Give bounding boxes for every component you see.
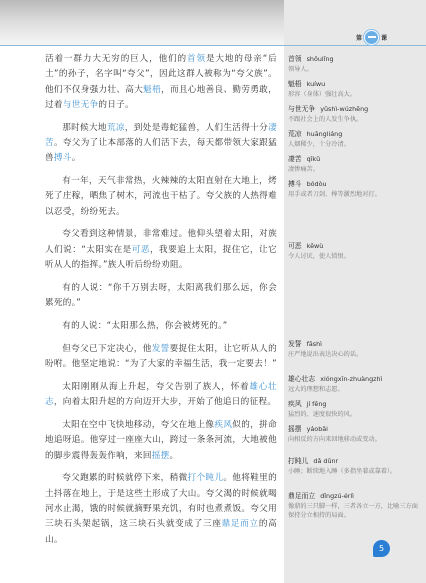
glossary-entry: 与世无争yǔshì-wúzhēng不跟社会上的人发生争执。 [288,105,418,124]
page-number: 5 [373,540,390,557]
glossary-term: 荒凉 [107,123,125,133]
glossary-word: 搏斗 [288,180,302,188]
glossary-word: 与世无争 [288,105,315,113]
header-divider [0,45,426,46]
glossary-definition: 像鼎的三只脚一样，三者各立一方，比喻三方面保持分立相持的局面。 [288,502,418,521]
paragraph-text: ，到处是毒蛇猛兽，人们生活得十分 [125,123,268,133]
glossary-word: 疾风 [288,400,302,408]
paragraph-text: 太阳刚刚从海上升起，夸父告别了族人，怀着 [62,382,249,392]
paragraph-text: 有的人说：“太阳那么热，你会被烤死的。” [62,321,227,331]
glossary-word: 魁梧 [288,80,302,88]
glossary-definition: 猛烈的、速度很快的风。 [288,410,418,420]
glossary-definition: 凄惨痛苦。 [288,165,418,175]
story-paragraph: 有的人说：“你千万别去呀，太阳离我们那么远，你会累死的。” [45,281,277,312]
glossary-entry: 可恶kěwù令人讨厌，使人愤恨。 [288,242,418,261]
paragraph-text: 但夸父已下定决心，他 [62,344,152,354]
story-paragraph: 太阳刚刚从海上升起，夸父告别了族人，怀着雄心壮志，向着太阳升起的方向迈开大步，开… [45,380,277,411]
glossary-definition: 用手或者刀剑、棒等激烈地对打。 [288,190,418,200]
paragraph-text: ，向着太阳升起的方向迈开大步，开始了他追日的征程。 [54,397,276,407]
paragraph-text: 夸父跑累的时候就停下来，稍微 [62,473,187,483]
glossary-word: 雄心壮志 [288,375,315,383]
paragraph-text: 的日子。 [98,100,134,110]
lesson-suffix: 课 [381,33,387,42]
paragraph-text: 太阳在空中飞快地移动，夸父在地上像 [62,420,214,430]
glossary-entry: 发誓fāshì庄严地说出表达决心的话。 [288,340,418,359]
glossary-pinyin: qīkǔ [307,155,321,163]
glossary-entry: 雄心壮志xióngxīn-zhuàngzhì远大的理想和志愿。 [288,375,418,394]
glossary-pinyin: yǔshì-wúzhēng [320,105,368,113]
paragraph-text: 那时候大地 [62,123,107,133]
story-paragraph: 太阳在空中飞快地移动，夸父在地上像疾风似的，拼命地追呀追。他穿过一座座大山，跨过… [45,418,277,464]
glossary-definition: 小睡；断续地入睡（多指坐着或靠着）。 [288,467,418,477]
glossary-definition: 向相反的方向来回地移动或变动。 [288,435,418,445]
glossary-entry: 打盹儿dǎ dǔnr小睡；断续地入睡（多指坐着或靠着）。 [288,457,418,476]
glossary-definition: 形容（身体）强壮高大。 [288,90,418,100]
glossary-pinyin: yáobǎi [307,425,328,433]
header-band [0,0,284,46]
glossary-definition: 令人讨厌，使人愤恨。 [288,252,418,262]
story-body: 活着一群力大无穷的巨人，他们的首领是大地的母亲“后土”的孙子，名字叫“夸父”，因… [45,52,277,555]
paragraph-text: 。 [170,451,179,461]
glossary-word: 凄苦 [288,155,302,163]
glossary-definition: 人烟稀少，十分冷清。 [288,140,418,150]
story-paragraph: 夸父跑累的时候就停下来，稍微打个盹儿。他将鞋里的土抖落在地上，于是这些土形成了大… [45,471,277,547]
glossary-pinyin: shǒulǐng [307,55,334,63]
glossary-definition: 不跟社会上的人发生争执。 [288,115,418,125]
glossary-entry: 荒凉huāngliáng人烟稀少，十分冷清。 [288,130,418,149]
glossary-definition: 远大的理想和志愿。 [288,385,418,395]
story-paragraph: 活着一群力大无穷的巨人，他们的首领是大地的母亲“后土”的孙子，名字叫“夸父”，因… [45,52,277,113]
glossary-term: 疾风 [214,420,232,430]
glossary-definition: 领导人。 [288,65,418,75]
glossary-term: 与世无争 [63,100,99,110]
lesson-prefix: 第 [356,33,362,42]
story-paragraph: 夸父看到这种情景，非常难过。他仰头望着太阳，对族人们说：“太阳实在是可恶，我要追… [45,227,277,273]
glossary-term: 摇摆 [152,451,170,461]
glossary-term: 搏斗 [54,153,72,163]
story-paragraph: 那时候大地荒凉，到处是毒蛇猛兽，人们生活得十分凄苦。夸父为了让本部落的人们活下去… [45,121,277,167]
glossary-word: 荒凉 [288,130,302,138]
story-paragraph: 有一年，天气非常热，火辣辣的太阳直射在大地上，烤死了庄稼，晒焦了树木，河流也干枯… [45,174,277,220]
glossary-word: 发誓 [288,340,302,348]
glossary-term: 魁梧 [143,85,161,95]
glossary-pinyin: kěwù [307,242,324,250]
glossary-definition: 庄严地说出表达决心的话。 [288,350,418,360]
glossary-entry: 鼎足而立dǐngzú-érlì像鼎的三只脚一样，三者各立一方，比喻三方面保持分立… [288,492,418,521]
glossary-entry: 搏斗bódòu用手或者刀剑、棒等激烈地对打。 [288,180,418,199]
glossary-entry: 摇摆yáobǎi向相反的方向来回地移动或变动。 [288,425,418,444]
glossary-word: 可恶 [288,242,302,250]
paragraph-text: 活着一群力大无穷的巨人，他们的 [45,54,187,64]
glossary-pinyin: dǐngzú-érlì [320,492,354,500]
glossary-word: 打盹儿 [288,457,308,465]
glossary-entry: 魁梧kuíwu形容（身体）强壮高大。 [288,80,418,99]
glossary-word: 首领 [288,55,302,63]
glossary-entry: 凄苦qīkǔ凄惨痛苦。 [288,155,418,174]
story-paragraph: 但夸父已下定决心，他发誓要捉住太阳，让它听从人的吩咐。他坚定地说：“为了大家的幸… [45,342,277,373]
lesson-label: 第 课 [356,29,387,45]
glossary-word: 摇摆 [288,425,302,433]
glossary-entry: 首领shǒulǐng领导人。 [288,55,418,74]
glossary-term: 首领 [187,54,206,64]
glossary-term: 发誓 [152,344,170,354]
glossary-pinyin: bódòu [307,180,327,188]
glossary-pinyin: xióngxīn-zhuàngzhì [320,375,382,383]
glossary-pinyin: huāngliáng [307,130,343,138]
paragraph-text: 有一年，天气非常热，火辣辣的太阳直射在大地上，烤死了庄稼，晒焦了树木，河流也干枯… [45,176,277,217]
glossary-entry: 疾风jí fēng猛烈的、速度很快的风。 [288,400,418,419]
glossary-pinyin: kuíwu [307,80,326,88]
glossary-pinyin: dǎ dǔnr [313,457,338,465]
glossary-term: 打个盹儿 [188,473,224,483]
one-badge-icon [364,30,379,45]
glossary-term: 鼎足而立 [222,519,259,529]
paragraph-text: 。 [72,153,81,163]
glossary-pinyin: fāshì [307,340,322,348]
glossary-term: 可恶 [132,245,150,255]
glossary-pinyin: jí fēng [307,400,327,408]
story-paragraph: 有的人说：“太阳那么热，你会被烤死的。” [45,319,277,334]
paragraph-text: 有的人说：“你千万别去呀，太阳离我们那么远，你会累死的。” [45,283,277,308]
glossary-word: 鼎足而立 [288,492,315,500]
